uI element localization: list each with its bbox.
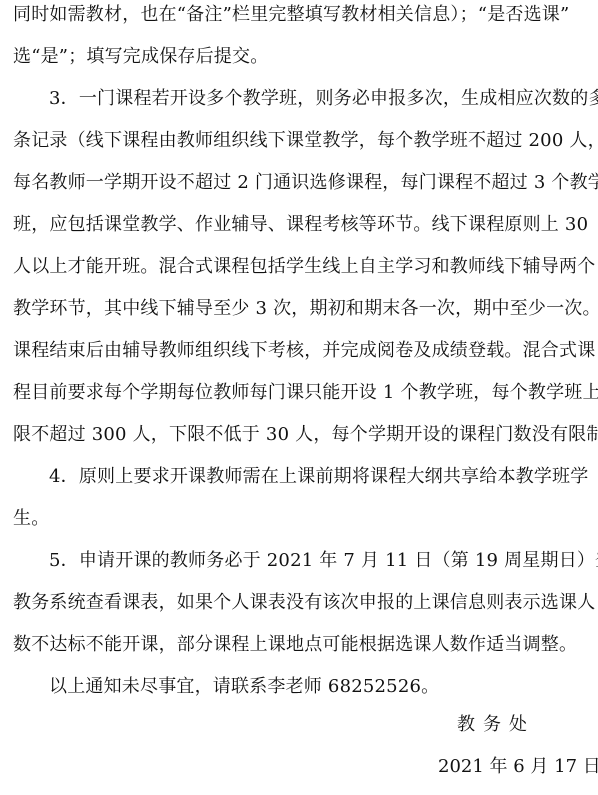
text-line-continuation: 同时如需教材，也在“备注”栏里完整填写教材相关信息）；“是否选课” [13,0,588,42]
item-5-line: 数不达标不能开课，部分课程上课地点可能根据选课人数作适当调整。 [13,630,588,672]
item-5-line: 5．申请开课的教师务必于 2021 年 7 月 11 日（第 19 周星期日）登… [13,546,588,588]
item-3-line: 3．一门课程若开设多个教学班，则务必申报多次，生成相应次数的多 [13,84,588,126]
item-4-line: 生。 [13,504,588,546]
signature-office: 教务处 [457,710,535,736]
item-3-line: 条记录（线下课程由教师组织线下课堂教学，每个教学班不超过 200 人， [13,126,588,168]
notice-body: 同时如需教材，也在“备注”栏里完整填写教材相关信息）；“是否选课” 选“是”；填… [13,0,588,714]
contact-line: 以上通知未尽事宜，请联系李老师 68252526。 [13,672,588,714]
item-3-line: 教学环节，其中线下辅导至少 3 次，期初和期末各一次，期中至少一次。 [13,294,588,336]
item-3-line: 限不超过 300 人，下限不低于 30 人，每个学期开设的课程门数没有限制）。 [13,420,588,462]
item-3-line: 班，应包括课堂教学、作业辅导、课程考核等环节。线下课程原则上 30 [13,210,588,252]
item-4-line: 4．原则上要求开课教师需在上课前期将课程大纲共享给本教学班学 [13,462,588,504]
item-3-line: 每名教师一学期开设不超过 2 门通识选修课程，每门课程不超过 3 个教学 [13,168,588,210]
item-3-line: 课程结束后由辅导教师组织线下考核，并完成阅卷及成绩登载。混合式课 [13,336,588,378]
item-3-line: 程目前要求每个学期每位教师每门课只能开设 1 个教学班，每个教学班上 [13,378,588,420]
item-3-line: 人以上才能开班。混合式课程包括学生线上自主学习和教师线下辅导两个 [13,252,588,294]
text-line-continuation: 选“是”；填写完成保存后提交。 [13,42,588,84]
item-5-line: 教务系统查看课表，如果个人课表没有该次申报的上课信息则表示选课人 [13,588,588,630]
signature-date: 2021 年 6 月 17 日 [438,752,598,778]
